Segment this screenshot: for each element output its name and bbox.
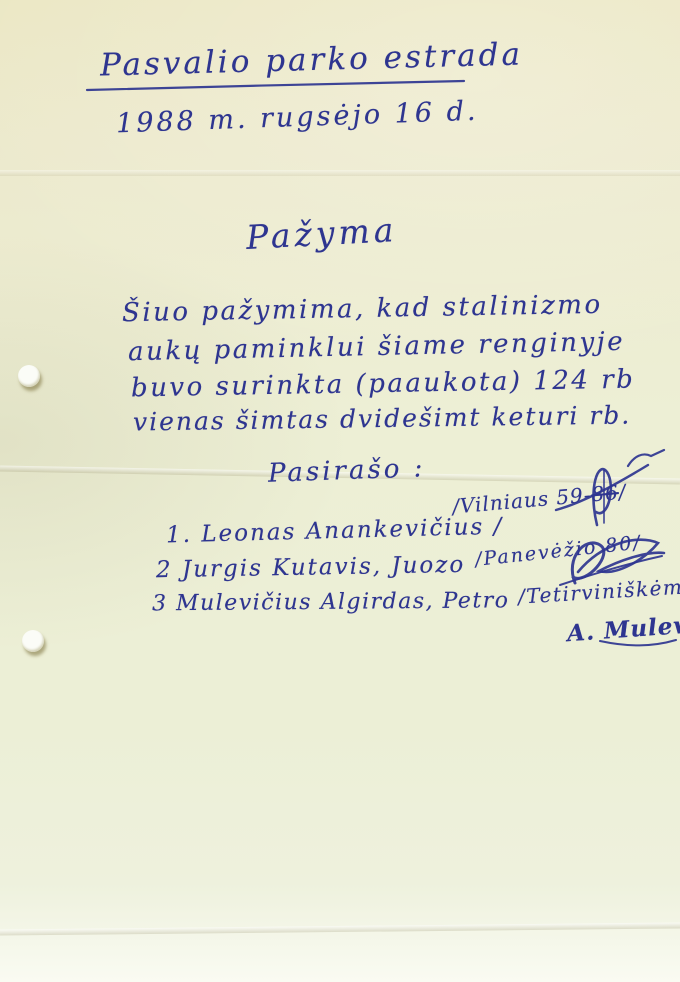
date-line: 1988 m. rugsėjo 16 d. [116, 96, 479, 140]
final-signature: A. Mulev [566, 612, 680, 647]
signatory-number: 2 [156, 557, 173, 583]
document-heading: Pasvalio parko estrada [100, 36, 524, 83]
signature-heading: Pasirašo : [268, 453, 426, 488]
signatory-row: 1. Leonas Anankevičius / [166, 514, 504, 549]
signatory-number: 3 [152, 591, 168, 616]
address-annotation: /Vilniaus 59-86/ [451, 479, 627, 518]
body-line: vienas šimtas dvidešimt keturi rb. [133, 401, 632, 437]
signatory-name: Mulevičius Algirdas, Petro [176, 588, 510, 616]
body-line: buvo surinkta (paaukota) 124 rb [131, 365, 636, 404]
signatory-name: Leonas Anankevičius / [201, 514, 504, 548]
punch-hole [18, 365, 40, 387]
signature-flourish-1 [628, 450, 664, 466]
body-line: aukų paminklui šiame renginyje [128, 327, 626, 367]
certificate-title: Pažyma [245, 210, 398, 257]
address-annotation-struck: 86 [590, 480, 619, 506]
fold-crease [0, 170, 680, 176]
scanned-document-page: Pasvalio parko estrada 1988 m. rugsėjo 1… [0, 0, 680, 982]
signatory-number: 1. [166, 522, 193, 549]
signatory-name: Jurgis Kutavis, Juozo [182, 552, 466, 583]
fold-crease [0, 922, 680, 935]
signatory-row: 2 Jurgis Kutavis, Juozo /Panevėžio 80/ [156, 549, 642, 583]
signatory-address: /Tetirviniškėm. [517, 574, 680, 609]
punch-hole [22, 630, 44, 652]
signatory-row: 3 Mulevičius Algirdas, Petro /Tetirviniš… [152, 587, 680, 617]
address-annotation-suffix: / [618, 479, 628, 504]
address-annotation-prefix: /Vilniaus 59- [451, 482, 592, 518]
body-line: Šiuo pažymima, kad stalinizmo [122, 290, 603, 328]
